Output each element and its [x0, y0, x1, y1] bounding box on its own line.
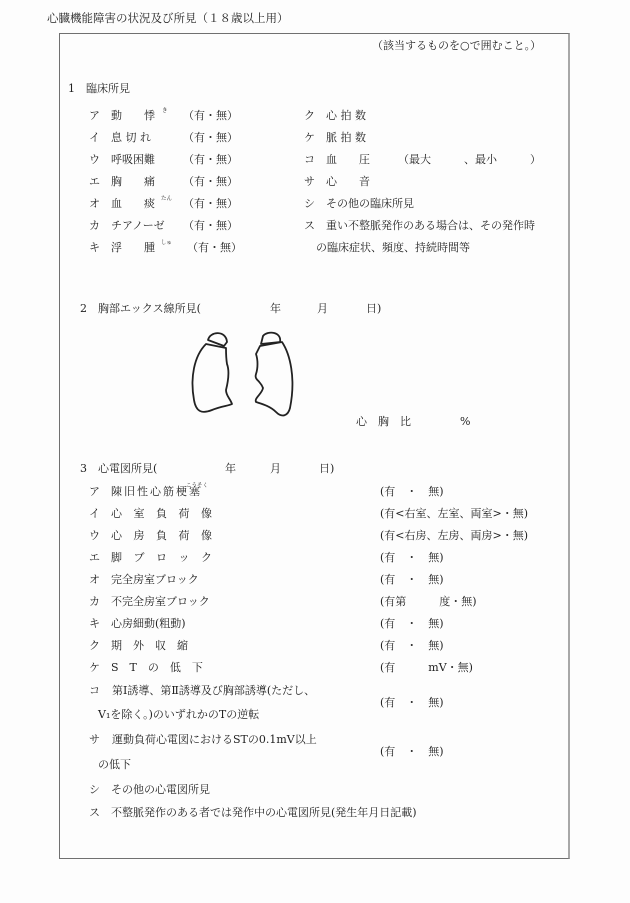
item-marker: コ	[89, 684, 100, 698]
date-month[interactable]: 月	[270, 462, 281, 476]
lungs-diagram-icon	[186, 328, 298, 420]
blood-pressure-field[interactable]: （最大 、最小 ）	[398, 153, 541, 167]
ratio-unit[interactable]: %	[460, 415, 470, 429]
item-marker: シ	[89, 783, 100, 797]
item-continuation: の低下	[98, 758, 131, 772]
item-marker: キ	[89, 617, 100, 631]
ruby-text: き	[162, 104, 168, 118]
item-label: 重い不整脈発作のある場合は、その発作時	[326, 219, 535, 233]
item-label: 不整脈発作のある者では発作中の心電図所見(発生年月日記載)	[111, 806, 417, 820]
options-text[interactable]: （有・無）	[183, 219, 238, 233]
item-label: 胸 痛	[111, 175, 155, 189]
item-label: 脚 ブ ロ ッ ク	[111, 551, 216, 565]
item-marker: コ	[304, 153, 315, 167]
item-marker: ケ	[89, 661, 100, 675]
item-marker: ウ	[89, 153, 100, 167]
item-label: 血 圧	[326, 153, 370, 167]
options-text[interactable]: (有 ・ 無)	[380, 745, 444, 759]
item-label: 心 房 負 荷 像	[111, 529, 216, 543]
section3-heading: 3 心電図所見(	[80, 462, 157, 476]
label-text: 動 悸	[111, 109, 155, 122]
options-text[interactable]: （有・無）	[183, 197, 238, 211]
list-item: ア	[89, 109, 100, 123]
item-marker: イ	[89, 131, 100, 145]
item-label: 完全房室ブロック	[111, 573, 199, 587]
item-marker: オ	[89, 197, 100, 211]
item-label: その他の心電図所見	[111, 783, 210, 797]
item-marker: ス	[89, 806, 100, 820]
document-title: 心臓機能障害の状況及び所見（１８歳以上用）	[47, 11, 289, 25]
item-label: チアノーゼ	[111, 219, 165, 233]
options-text[interactable]: （有・無）	[183, 175, 238, 189]
item-marker: サ	[304, 175, 315, 189]
item-marker: イ	[89, 507, 100, 521]
item-label: 浮 腫	[111, 241, 155, 255]
options-text[interactable]: (有 ・ 無)	[380, 617, 444, 631]
ruby-text: こうそく	[186, 479, 208, 493]
item-marker: シ	[304, 197, 315, 211]
item-label: S T の 低 下	[111, 661, 203, 675]
item-label: 第Ⅰ誘導、第Ⅱ誘導及び胸部誘導(ただし、	[112, 684, 315, 698]
item-marker: エ	[89, 175, 100, 189]
item-marker: キ	[89, 241, 100, 255]
ruby-text: しゅ	[161, 236, 172, 250]
options-text[interactable]: (有 ・ 無)	[380, 639, 444, 653]
item-label: 呼吸困難	[111, 153, 155, 167]
date-year[interactable]: 年	[270, 302, 281, 316]
section1-heading: 1 臨床所見	[68, 82, 130, 96]
item-marker: ア	[89, 485, 100, 499]
item-marker: ク	[89, 639, 100, 653]
item-continuation: V₁を除く。)のいずれかのTの逆転	[98, 708, 259, 722]
options-text[interactable]: (有<右房、左房、両房>・無)	[380, 529, 528, 543]
options-text[interactable]: (有 ・ 無)	[380, 696, 444, 710]
item-marker: ク	[304, 109, 315, 123]
item-marker: ア	[89, 109, 100, 122]
options-text[interactable]: （有・無）	[187, 241, 242, 255]
options-text[interactable]: (有<右室、左室、両室>・無)	[380, 507, 528, 521]
options-text[interactable]: （有・無）	[183, 131, 238, 145]
options-text[interactable]: (有 mV・無)	[380, 661, 473, 675]
options-text[interactable]: （有・無）	[183, 153, 238, 167]
ratio-label: 心 胸 比	[356, 415, 411, 429]
options-text[interactable]: (有 ・ 無)	[380, 485, 444, 499]
item-label: その他の臨床所見	[326, 197, 414, 211]
item-marker: エ	[89, 551, 100, 565]
options-text[interactable]: (有 ・ 無)	[380, 551, 444, 565]
item-label: 脈 拍 数	[326, 131, 366, 145]
item-label: 運動負荷心電図におけるSTの0.1mV以上	[112, 733, 317, 747]
item-marker: ウ	[89, 529, 100, 543]
item-label: 血 痰	[111, 197, 155, 211]
item-marker: カ	[89, 219, 100, 233]
date-year[interactable]: 年	[225, 462, 236, 476]
date-day[interactable]: 日)	[366, 302, 381, 316]
item-marker: サ	[89, 733, 100, 747]
date-day[interactable]: 日)	[319, 462, 334, 476]
item-marker: ケ	[304, 131, 315, 145]
item-marker: カ	[89, 595, 100, 609]
item-label: 心 拍 数	[326, 109, 366, 123]
item-label: 期 外 収 縮	[111, 639, 188, 653]
item-label: 心 室 負 荷 像	[111, 507, 216, 521]
item-label: 息 切 れ	[111, 131, 151, 145]
item-continuation: の臨床症状、頻度、持続時間等	[316, 241, 470, 255]
section2-heading: 2 胸部エックス線所見(	[80, 302, 201, 316]
options-text[interactable]: (有 ・ 無)	[380, 573, 444, 587]
options-text[interactable]: （有・無）	[183, 109, 238, 123]
item-label: 心房細動(粗動)	[111, 617, 186, 631]
item-label: 不完全房室ブロック	[111, 595, 210, 609]
instruction-note: （該当するものを○で囲むこと。）	[372, 39, 541, 53]
options-text[interactable]: (有第 度・無)	[380, 595, 477, 609]
item-marker: オ	[89, 573, 100, 587]
date-month[interactable]: 月	[317, 302, 328, 316]
item-label: 心 音	[326, 175, 370, 189]
ruby-text: たん	[161, 192, 172, 206]
item-marker: ス	[304, 219, 315, 233]
